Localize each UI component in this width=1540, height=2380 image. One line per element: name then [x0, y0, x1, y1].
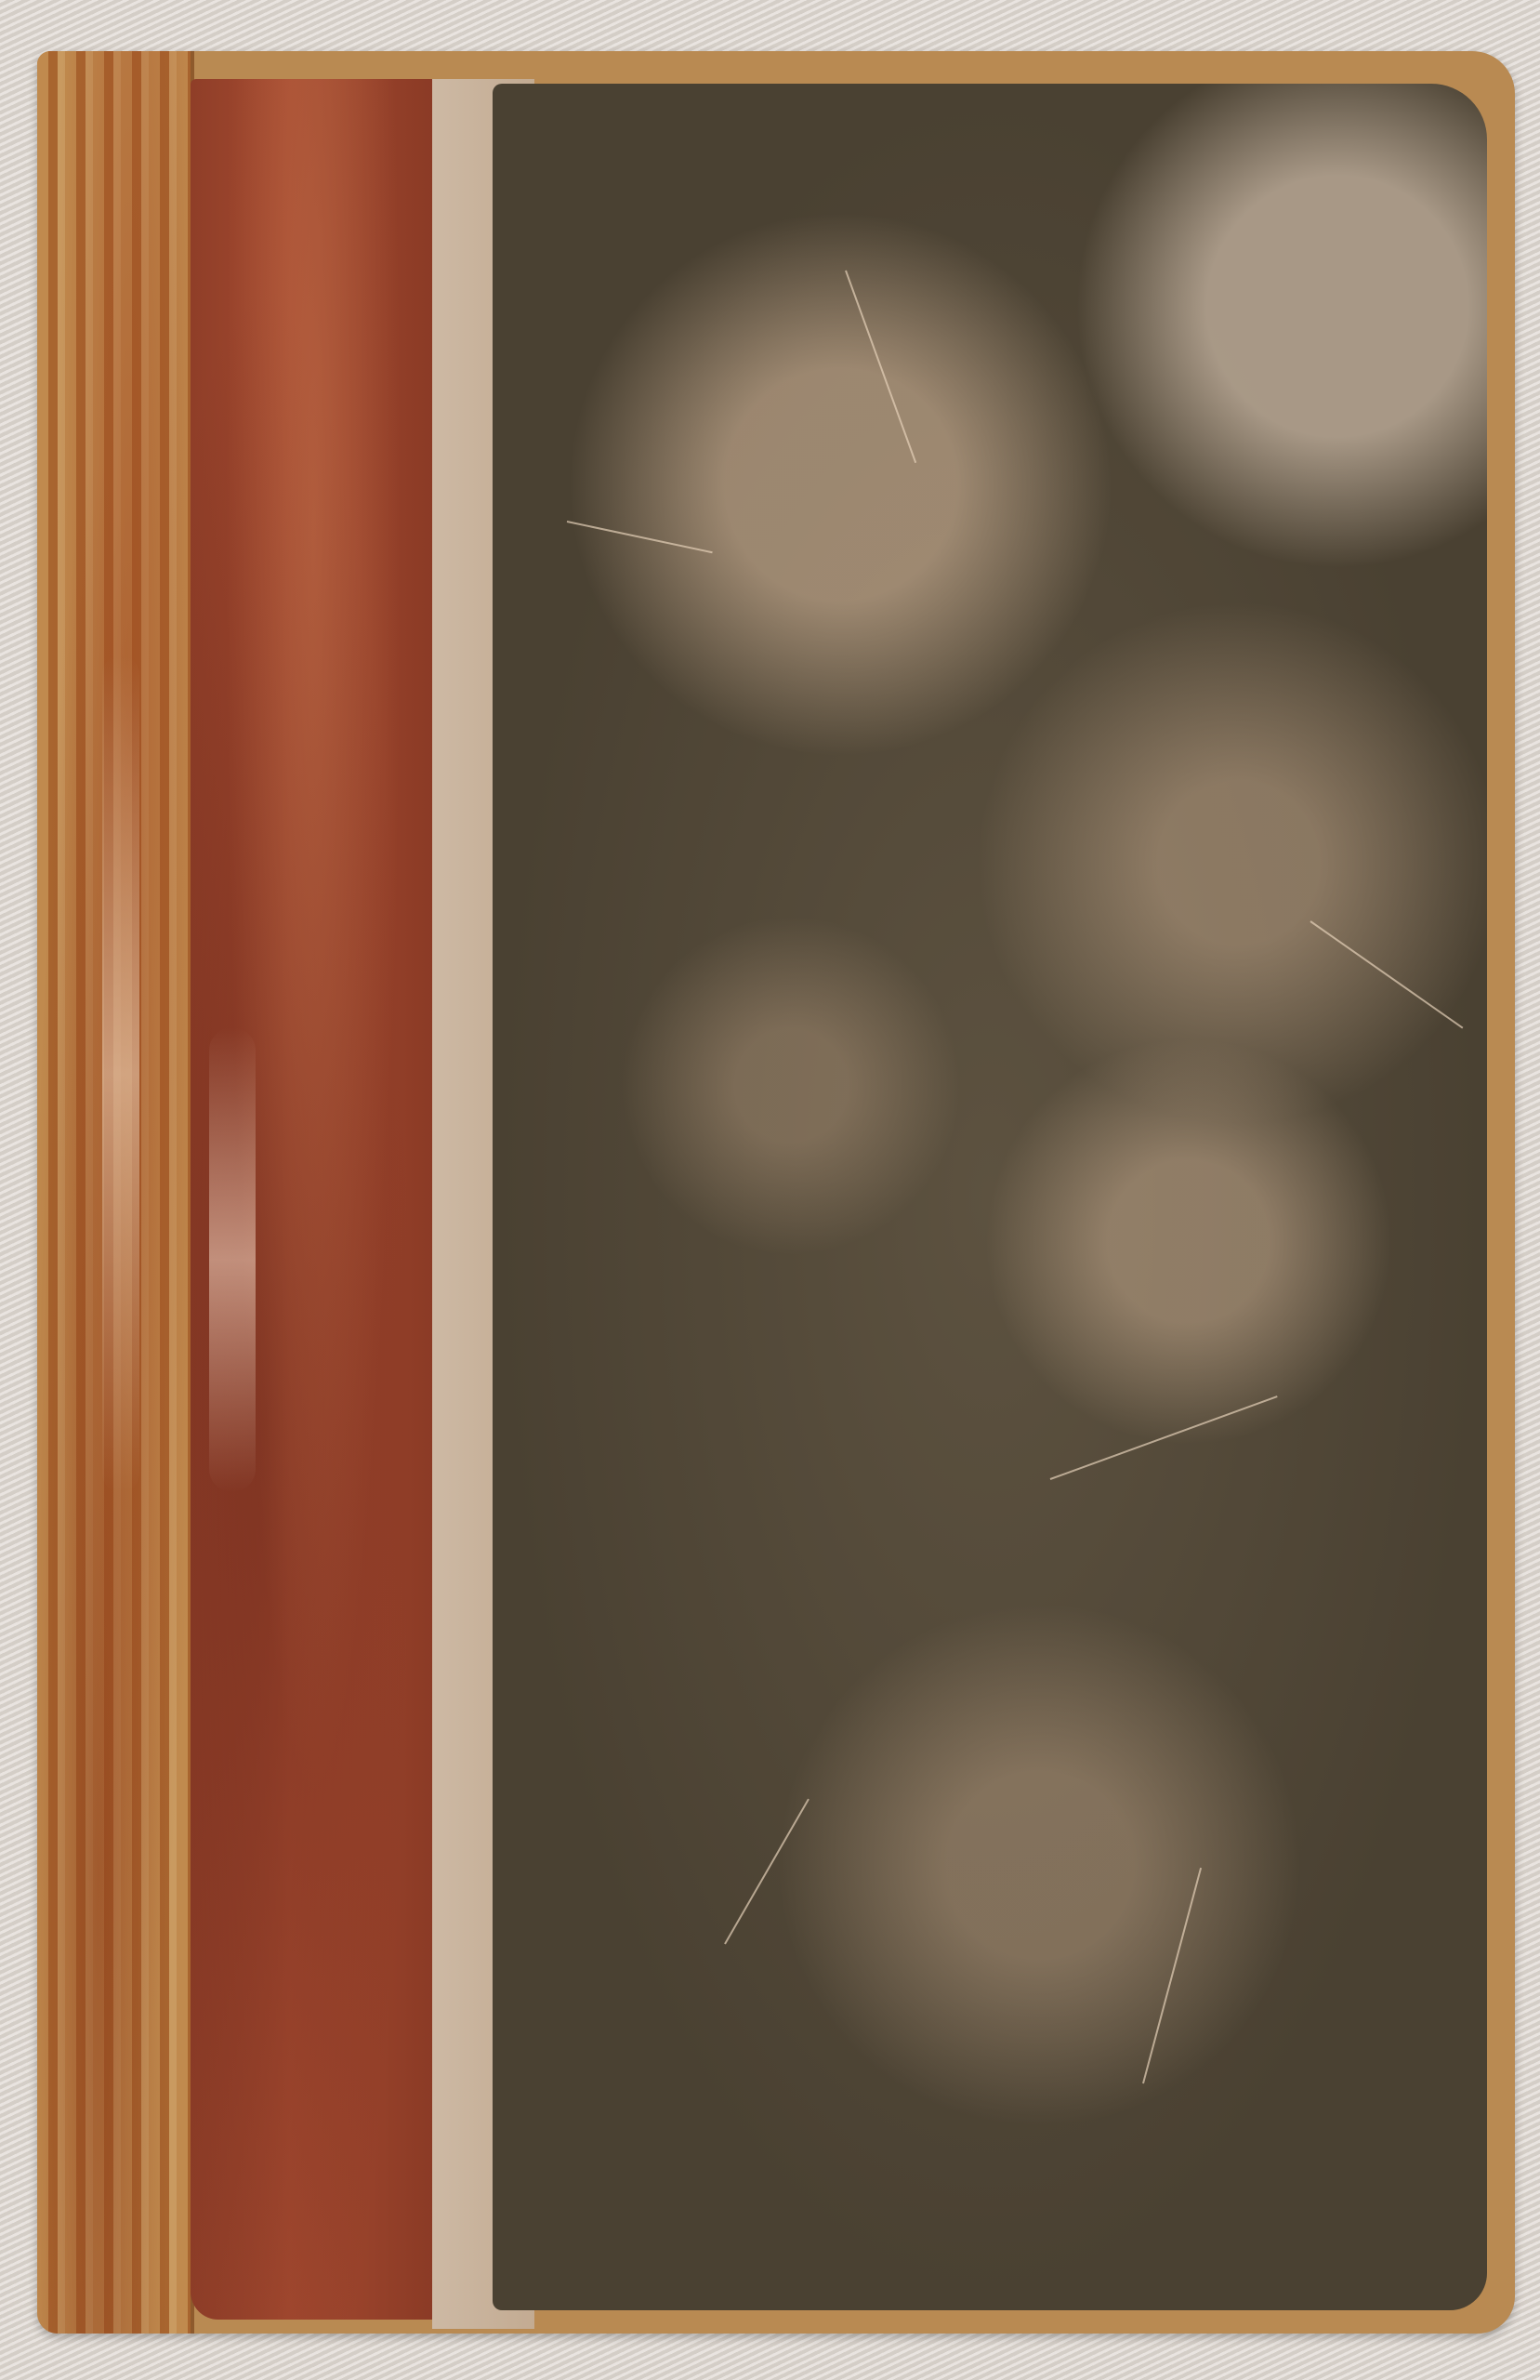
- scratch: [1142, 1868, 1202, 2083]
- leather-highlight: [209, 1027, 256, 1492]
- scratch: [1310, 920, 1463, 1028]
- spine-highlight: [102, 655, 139, 1492]
- marbled-cover-board: [493, 84, 1487, 2310]
- scratch: [724, 1799, 809, 1945]
- scratch: [1050, 1395, 1278, 1480]
- book: [37, 51, 1515, 2334]
- scratch: [567, 521, 713, 553]
- scratch: [845, 271, 916, 463]
